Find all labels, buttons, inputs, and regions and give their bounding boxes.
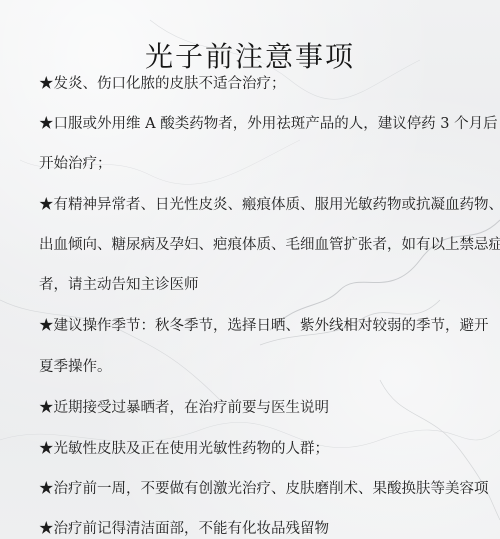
document-page: 光子前注意事项 ★发炎、伤口化脓的皮肤不适合治疗； ★口服或外用维 A 酸类药物…	[0, 0, 500, 539]
notice-line-2-cont: 开始治疗；	[39, 152, 112, 173]
notice-line-3-cont: 出血倾向、糖尿病及孕妇、疤痕体质、毛细血管扩张者，如有以上禁忌症	[39, 233, 500, 254]
notice-line-2: ★口服或外用维 A 酸类药物者，外用祛斑产品的人，建议停药 3 个月后	[39, 112, 498, 133]
notice-line-3: ★有精神异常者、日光性皮炎、瘢痕体质、服用光敏药物或抗凝血药物、	[39, 193, 500, 214]
notice-line-8: ★治疗前记得清洁面部，不能有化妆品残留物	[39, 517, 329, 538]
notice-line-5: ★近期接受过暴晒者，在治疗前要与医生说明	[39, 396, 329, 417]
notice-line-1: ★发炎、伤口化脓的皮肤不适合治疗；	[39, 72, 286, 93]
page-title: 光子前注意事项	[0, 35, 500, 75]
notice-line-4-cont: 夏季操作。	[39, 355, 112, 376]
notice-line-7: ★治疗前一周，不要做有创激光治疗、皮肤磨削术、果酸换肤等美容项	[39, 477, 489, 498]
notice-line-6: ★光敏性皮肤及正在使用光敏性药物的人群；	[39, 437, 329, 458]
notice-line-3-cont2: 者，请主动告知主诊医师	[39, 273, 199, 294]
notice-line-4: ★建议操作季节：秋冬季节，选择日晒、紫外线相对较弱的季节，避开	[39, 314, 489, 335]
